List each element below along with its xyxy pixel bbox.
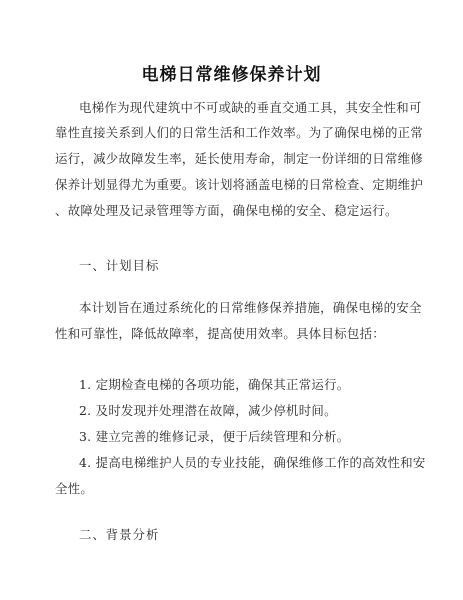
intro-line: 保养计划显得尤为重要。该计划将涵盖电梯的日常检查、定期维护 — [55, 177, 410, 193]
intro-line: 电梯作为现代建筑中不可或缺的垂直交通工具，其安全性和可 — [79, 100, 434, 116]
goal-item: 4. 提高电梯维护人员的专业技能，确保维修工作的高效性和安 — [79, 455, 434, 471]
goal-item: 3. 建立完善的维修记录，便于后续管理和分析。 — [79, 429, 434, 445]
goals-paragraph-line: 性和可靠性，降低故障率，提高使用效率。具体目标包括： — [55, 326, 410, 342]
section-heading-background: 二、背景分析 — [79, 525, 159, 543]
intro-line: 靠性直接关系到人们的日常生活和工作效率。为了确保电梯的正常 — [55, 125, 410, 141]
goals-paragraph-line: 本计划旨在通过系统化的日常维修保养措施，确保电梯的安全 — [79, 300, 434, 316]
section-heading-goals: 一、计划目标 — [79, 256, 159, 274]
goal-item: 2. 及时发现并处理潜在故障，减少停机时间。 — [79, 403, 434, 419]
goal-item-continuation: 全性。 — [55, 481, 410, 497]
document-title: 电梯日常维修保养计划 — [0, 60, 463, 85]
intro-line: 运行，减少故障发生率，延长使用寿命，制定一份详细的日常维修 — [55, 151, 410, 167]
intro-line: 、故障处理及记录管理等方面，确保电梯的安全、稳定运行。 — [55, 203, 410, 219]
goal-item: 1. 定期检查电梯的各项功能，确保其正常运行。 — [79, 377, 434, 393]
